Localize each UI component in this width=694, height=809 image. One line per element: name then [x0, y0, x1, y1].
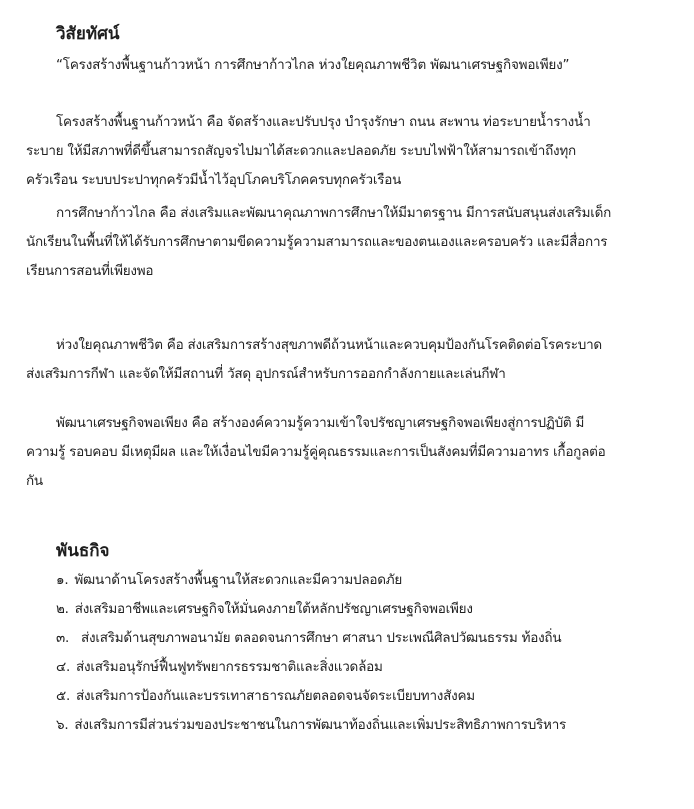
paragraph-line: การศึกษาก้าวไกล คือ ส่งเสริมและพัฒนาคุณภ…: [26, 199, 686, 228]
paragraph-line: ความรู้ รอบคอบ มีเหตุมีผล และให้เงื่อนไข…: [26, 438, 686, 467]
paragraph-line: กัน: [26, 467, 686, 496]
paragraph-line: พัฒนาเศรษฐกิจพอเพียง คือ สร้างองค์ความรู…: [26, 409, 686, 438]
mission-item: ๖.ส่งเสริมการมีส่วนร่วมของประชาชนในการพั…: [56, 711, 566, 740]
document-page: วิสัยทัศน์ “โครงสร้างพื้นฐานก้าวหน้า การ…: [0, 0, 694, 809]
mission-item-number: ๖.: [56, 711, 68, 740]
mission-item-text: พัฒนาด้านโครงสร้างพื้นฐานให้สะดวกและมีคว…: [74, 572, 402, 588]
mission-heading: พันธกิจ: [56, 537, 109, 564]
mission-item-text: ส่งเสริมการป้องกันและบรรเทาสาธารณภัยตลอด…: [76, 688, 475, 704]
mission-item-number: ๕.: [56, 682, 70, 711]
mission-item: ๒.ส่งเสริมอาชีพและเศรษฐกิจให้มั่นคงภายใต…: [56, 595, 566, 624]
mission-item-number: ๓.: [56, 624, 69, 653]
vision-heading: วิสัยทัศน์: [56, 20, 120, 47]
mission-item-text: ส่งเสริมอนุรักษ์ฟื้นฟูทรัพยากรธรรมชาติแล…: [76, 659, 383, 675]
paragraph-line: ระบาย ให้มีสภาพที่ดีขึ้นสามารถสัญจรไปมาไ…: [26, 137, 686, 166]
mission-item-number: ๒.: [56, 595, 69, 624]
paragraph-line: ครัวเรือน ระบบประปาทุกครัวมีน้ำไว้อุปโภค…: [26, 166, 686, 195]
paragraph-line: ส่งเสริมการกีฬา และจัดให้มีสถานที่ วัสดุ…: [26, 360, 686, 389]
paragraph-line: ห่วงใยคุณภาพชีวิต คือ ส่งเสริมการสร้างสุ…: [26, 331, 686, 360]
mission-item: ๓.ส่งเสริมด้านสุขภาพอนามัย ตลอดจนการศึกษ…: [56, 624, 566, 653]
mission-item-text: ส่งเสริมอาชีพและเศรษฐกิจให้มั่นคงภายใต้ห…: [75, 601, 473, 617]
mission-item-number: ๑.: [56, 566, 68, 595]
vision-motto: “โครงสร้างพื้นฐานก้าวหน้า การศึกษาก้าวไก…: [56, 53, 569, 75]
mission-item: ๕.ส่งเสริมการป้องกันและบรรเทาสาธารณภัยตล…: [56, 682, 566, 711]
mission-list: ๑.พัฒนาด้านโครงสร้างพื้นฐานให้สะดวกและมี…: [56, 566, 566, 740]
mission-item: ๑.พัฒนาด้านโครงสร้างพื้นฐานให้สะดวกและมี…: [56, 566, 566, 595]
mission-item-number: ๔.: [56, 653, 70, 682]
mission-item-text: ส่งเสริมด้านสุขภาพอนามัย ตลอดจนการศึกษา …: [81, 630, 561, 646]
vision-paragraph-sufficiency-economy: พัฒนาเศรษฐกิจพอเพียง คือ สร้างองค์ความรู…: [26, 409, 686, 496]
vision-paragraph-quality-of-life: ห่วงใยคุณภาพชีวิต คือ ส่งเสริมการสร้างสุ…: [26, 331, 686, 389]
mission-item: ๔.ส่งเสริมอนุรักษ์ฟื้นฟูทรัพยากรธรรมชาติ…: [56, 653, 566, 682]
vision-paragraph-education: การศึกษาก้าวไกล คือ ส่งเสริมและพัฒนาคุณภ…: [26, 199, 686, 286]
paragraph-line: นักเรียนในพื้นที่ให้ได้รับการศึกษาตามขีด…: [26, 228, 686, 257]
paragraph-line: เรียนการสอนที่เพียงพอ: [26, 257, 686, 286]
mission-item-text: ส่งเสริมการมีส่วนร่วมของประชาชนในการพัฒน…: [74, 717, 566, 733]
vision-paragraph-infrastructure: โครงสร้างพื้นฐานก้าวหน้า คือ จัดสร้างและ…: [26, 108, 686, 195]
paragraph-line: โครงสร้างพื้นฐานก้าวหน้า คือ จัดสร้างและ…: [26, 108, 686, 137]
